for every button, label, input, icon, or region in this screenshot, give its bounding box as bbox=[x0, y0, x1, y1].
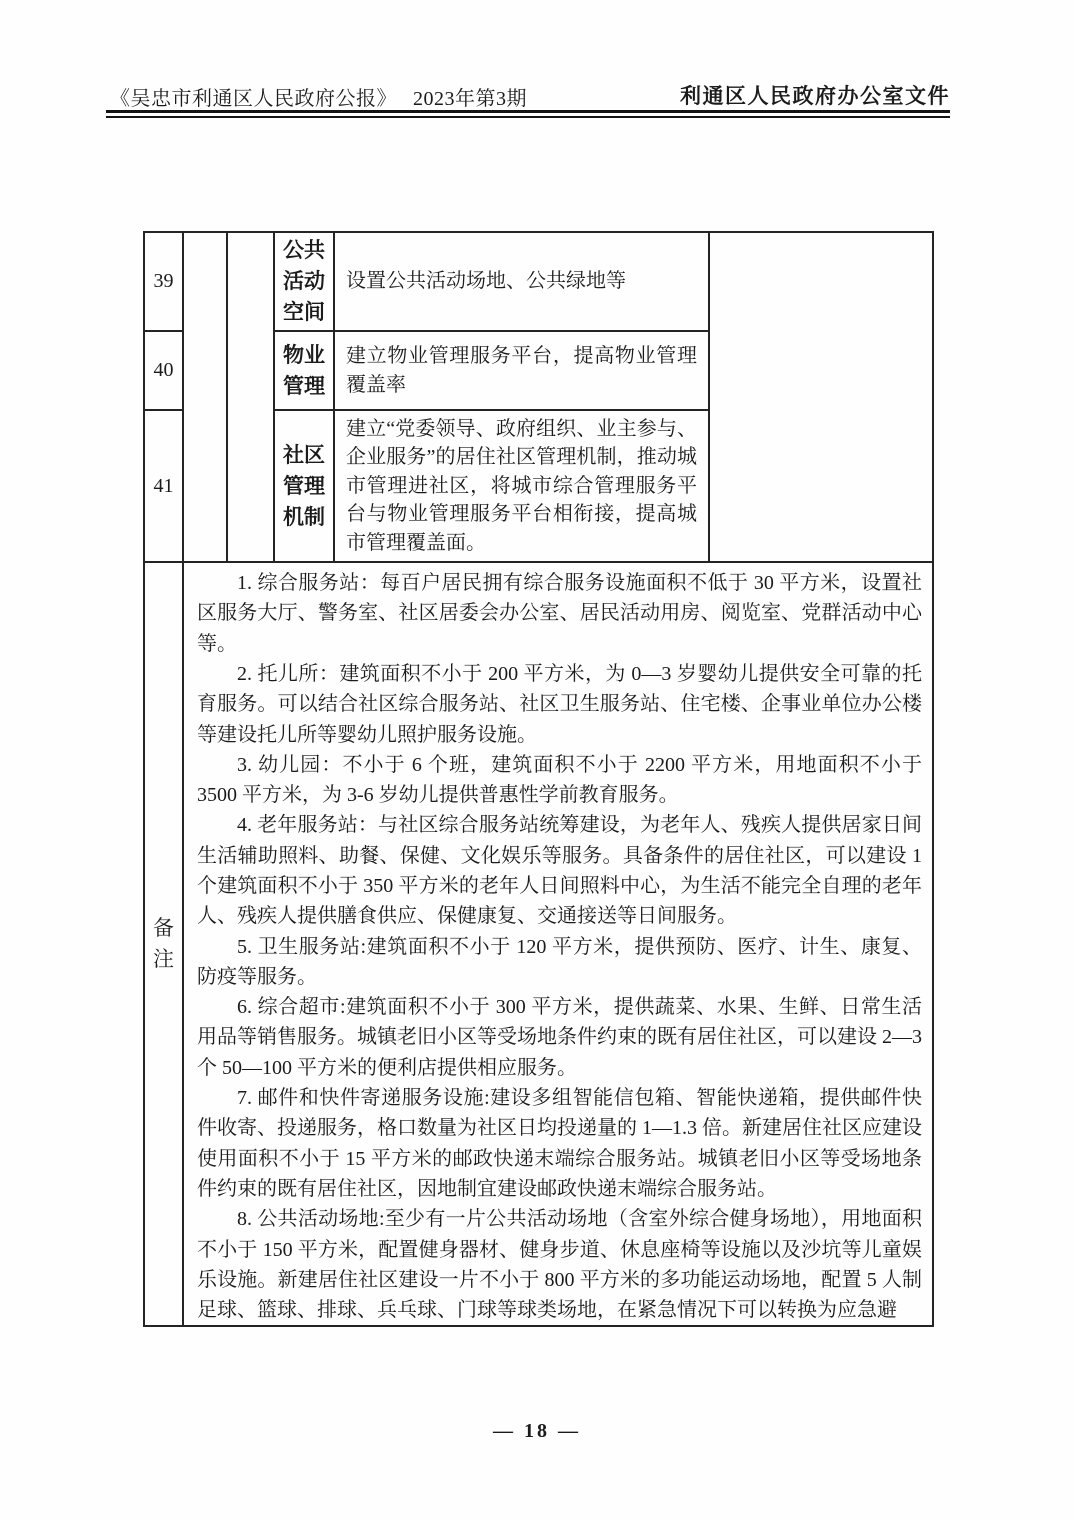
description-text: 建立“党委领导、政府组织、业主参与、企业服务”的居住社区管理机制，推动城市管理进… bbox=[334, 410, 709, 562]
remark-note: 6. 综合超市:建筑面积不小于 300 平方米，提供蔬菜、水果、生鲜、日常生活用… bbox=[197, 992, 922, 1083]
empty-cell bbox=[227, 232, 274, 562]
remarks-cell: 1. 综合服务站：每百户居民拥有综合服务设施面积不低于 30 平方米，设置社区服… bbox=[183, 562, 933, 1326]
remark-note: 5. 卫生服务站:建筑面积不小于 120 平方米，提供预防、医疗、计生、康复、防… bbox=[197, 932, 922, 993]
journal-title: 《吴忠市利通区人民政府公报》 bbox=[110, 88, 397, 110]
table-row: 39 公共活动空间 设置公共活动场地、公共绿地等 bbox=[144, 232, 933, 331]
remark-note: 8. 公共活动场地:至少有一片公共活动场地（含室外综合健身场地），用地面积不小于… bbox=[197, 1204, 922, 1325]
office-document-label: 利通区人民政府办公室文件 bbox=[680, 80, 950, 110]
row-number: 39 bbox=[144, 232, 183, 331]
standards-table: 39 公共活动空间 设置公共活动场地、公共绿地等 40 物业管理 建立物业管理服… bbox=[143, 231, 934, 1327]
row-number: 41 bbox=[144, 410, 183, 562]
description-text: 建立物业管理服务平台，提高物业管理覆盖率 bbox=[334, 331, 709, 410]
row-number: 40 bbox=[144, 331, 183, 410]
gazette-page: 《吴忠市利通区人民政府公报》2023年第3期 利通区人民政府办公室文件 39 公… bbox=[0, 0, 1074, 1520]
header-left: 《吴忠市利通区人民政府公报》2023年第3期 bbox=[110, 82, 527, 111]
remark-note: 2. 托儿所：建筑面积不小于 200 平方米，为 0—3 岁婴幼儿提供安全可靠的… bbox=[197, 659, 922, 750]
header-rule-thin bbox=[106, 116, 950, 118]
description-text: 设置公共活动场地、公共绿地等 bbox=[334, 232, 709, 331]
issue-label: 2023年第3期 bbox=[413, 88, 527, 110]
category-label: 公共活动空间 bbox=[274, 232, 334, 331]
remarks-row: 备注 1. 综合服务站：每百户居民拥有综合服务设施面积不低于 30 平方米，设置… bbox=[144, 562, 933, 1326]
remark-note: 3. 幼儿园：不小于 6 个班，建筑面积不小于 2200 平方米，用地面积不小于… bbox=[197, 750, 922, 811]
page-number: — 18 — bbox=[0, 1420, 1074, 1443]
category-label: 社区管理机制 bbox=[274, 410, 334, 562]
remark-note: 7. 邮件和快件寄递服务设施:建设多组智能信包箱、智能快递箱，提供邮件快件收寄、… bbox=[197, 1083, 922, 1204]
empty-cell bbox=[709, 232, 933, 562]
remark-note: 4. 老年服务站：与社区综合服务站统筹建设，为老年人、残疾人提供居家日间生活辅助… bbox=[197, 810, 922, 931]
remarks-label: 备注 bbox=[144, 562, 183, 1326]
empty-cell bbox=[183, 232, 227, 562]
category-label: 物业管理 bbox=[274, 331, 334, 410]
header-rule-thick bbox=[106, 110, 950, 113]
remark-note: 1. 综合服务站：每百户居民拥有综合服务设施面积不低于 30 平方米，设置社区服… bbox=[197, 568, 922, 659]
